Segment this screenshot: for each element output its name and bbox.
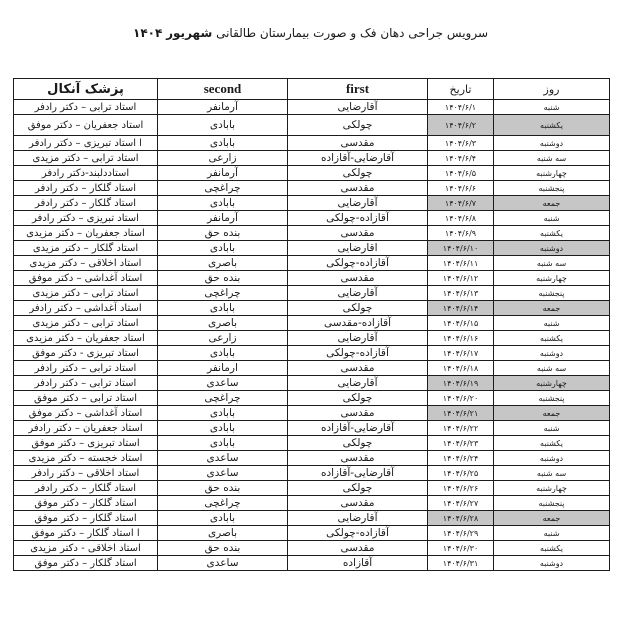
cell-first: مقدسی: [288, 496, 428, 511]
table-row: چهارشنبه۱۴۰۴/۶/۲۶چولکیبنده حقاستاد گلکار…: [14, 481, 610, 496]
table-row: یکشنبه۱۴۰۴/۶/۲۳چولکیبابادیاستاد تبریزی –…: [14, 436, 610, 451]
cell-day: سه شنبه: [494, 256, 610, 271]
cell-day: جمعه: [494, 406, 610, 421]
cell-first: آقارضایی: [288, 100, 428, 115]
table-row: دوشنبه۱۴۰۴/۶/۳۱آقازادهساعدیاستاد گلکار –…: [14, 556, 610, 571]
cell-day: دوشنبه: [494, 241, 610, 256]
table-row: شنبه۱۴۰۴/۶/۲۹آقازاده-چولکیباصریا استاد گ…: [14, 526, 610, 541]
column-header-second: second: [158, 79, 288, 100]
cell-first: آقارضایی-آقازاده: [288, 466, 428, 481]
cell-second: چراغچی: [158, 496, 288, 511]
cell-date: ۱۴۰۴/۶/۲۰: [428, 391, 494, 406]
cell-oncall: استاد اخلاقی – دکتر رادفر: [14, 466, 158, 481]
cell-date: ۱۴۰۴/۶/۲۵: [428, 466, 494, 481]
cell-oncall: استاد گلکار – دکتر موفق: [14, 556, 158, 571]
table-row: یکشنبه۱۴۰۴/۶/۲چولکیبابادیاستاد جعفریان –…: [14, 115, 610, 136]
cell-first: چولکی: [288, 301, 428, 316]
table-row: شنبه۱۴۰۴/۶/۱آقارضاییآرمانفراستاد ترابی –…: [14, 100, 610, 115]
cell-day: چهارشنبه: [494, 271, 610, 286]
title-month: شهریور: [166, 26, 212, 40]
table-row: جمعه۱۴۰۴/۶/۱۴چولکیبابادیاستاد آغداشی – د…: [14, 301, 610, 316]
table-row: شنبه۱۴۰۴/۶/۱۵آقازاده-مقدسیباصریاستاد ترا…: [14, 316, 610, 331]
cell-date: ۱۴۰۴/۶/۳۱: [428, 556, 494, 571]
table-row: چهارشنبه۱۴۰۴/۶/۱۹آقارضاییساعدیاستاد تراب…: [14, 376, 610, 391]
cell-second: آرمانفر: [158, 211, 288, 226]
cell-oncall: استاد ترابی – دکتر رادفر: [14, 376, 158, 391]
cell-first: آقارضایی: [288, 196, 428, 211]
cell-day: سه شنبه: [494, 361, 610, 376]
cell-first: اقارضایی: [288, 241, 428, 256]
table-row: جمعه۱۴۰۴/۶/۲۱مقدسیبابادیاستاد آغداشی – د…: [14, 406, 610, 421]
column-header-date: تاریخ: [428, 79, 494, 100]
cell-date: ۱۴۰۴/۶/۶: [428, 181, 494, 196]
cell-first: آقارضایی: [288, 511, 428, 526]
cell-day: یکشنبه: [494, 226, 610, 241]
cell-day: چهارشنبه: [494, 376, 610, 391]
cell-day: چهارشنبه: [494, 481, 610, 496]
cell-day: یکشنبه: [494, 331, 610, 346]
cell-first: آقارضایی-آقازاده: [288, 151, 428, 166]
oncall-schedule-table: روز تاریخ first second پزشک آنکال شنبه۱۴…: [13, 78, 610, 571]
column-header-day: روز: [494, 79, 610, 100]
cell-date: ۱۴۰۴/۶/۲: [428, 115, 494, 136]
cell-oncall: استاددلبند-دکتر رادفر: [14, 166, 158, 181]
cell-oncall: استاد گلکار – دکتر رادفر: [14, 481, 158, 496]
cell-second: چراغچی: [158, 391, 288, 406]
table-row: سه شنبه۱۴۰۴/۶/۱۱آقازاده-چولکیباصریاستاد …: [14, 256, 610, 271]
cell-second: بابادی: [158, 115, 288, 136]
cell-first: چولکی: [288, 115, 428, 136]
cell-date: ۱۴۰۴/۶/۱۹: [428, 376, 494, 391]
cell-date: ۱۴۰۴/۶/۷: [428, 196, 494, 211]
cell-day: شنبه: [494, 316, 610, 331]
cell-date: ۱۴۰۴/۶/۲۸: [428, 511, 494, 526]
cell-second: ساعدی: [158, 466, 288, 481]
cell-second: بابادی: [158, 511, 288, 526]
cell-second: بابادی: [158, 136, 288, 151]
cell-second: زارعی: [158, 151, 288, 166]
cell-first: مقدسی: [288, 136, 428, 151]
cell-oncall: استاد ترابی – دکتر موفق: [14, 391, 158, 406]
cell-day: یکشنبه: [494, 115, 610, 136]
cell-first: آقازاده-چولکی: [288, 256, 428, 271]
table-row: جمعه۱۴۰۴/۶/۷آقارضاییبابادیاستاد گلکار – …: [14, 196, 610, 211]
cell-second: چراغچی: [158, 181, 288, 196]
cell-date: ۱۴۰۴/۶/۴: [428, 151, 494, 166]
cell-second: باصری: [158, 526, 288, 541]
cell-second: بابادی: [158, 421, 288, 436]
cell-first: آقازاده-چولکی: [288, 211, 428, 226]
column-header-oncall: پزشک آنکال: [14, 79, 158, 100]
table-row: یکشنبه۱۴۰۴/۶/۱۶آقارضاییزارعیاستاد جعفریا…: [14, 331, 610, 346]
table-row: پنجشنبه۱۴۰۴/۶/۲۰چولکیچراغچیاستاد ترابی –…: [14, 391, 610, 406]
cell-second: بابادی: [158, 406, 288, 421]
table-row: چهارشنبه۱۴۰۴/۶/۵چولکیآرمانفراستاددلبند-د…: [14, 166, 610, 181]
cell-first: چولکی: [288, 436, 428, 451]
cell-day: سه شنبه: [494, 151, 610, 166]
document-page: سرویس جراحی دهان فک و صورت بیمارستان طال…: [0, 0, 621, 626]
cell-date: ۱۴۰۴/۶/۹: [428, 226, 494, 241]
cell-second: بنده حق: [158, 481, 288, 496]
cell-date: ۱۴۰۴/۶/۱۱: [428, 256, 494, 271]
cell-date: ۱۴۰۴/۶/۱: [428, 100, 494, 115]
cell-date: ۱۴۰۴/۶/۵: [428, 166, 494, 181]
cell-date: ۱۴۰۴/۶/۸: [428, 211, 494, 226]
cell-date: ۱۴۰۴/۶/۱۳: [428, 286, 494, 301]
cell-second: چراغچی: [158, 286, 288, 301]
cell-oncall: استاد آغداشی – دکتر موفق: [14, 406, 158, 421]
cell-day: جمعه: [494, 196, 610, 211]
cell-first: مقدسی: [288, 361, 428, 376]
column-header-first: first: [288, 79, 428, 100]
cell-second: زارعی: [158, 331, 288, 346]
table-row: شنبه۱۴۰۴/۶/۸آقازاده-چولکیآرمانفراستاد تب…: [14, 211, 610, 226]
cell-second: بابادی: [158, 346, 288, 361]
cell-day: دوشنبه: [494, 346, 610, 361]
cell-oncall: استاد جعفریان – دکتر مزیدی: [14, 226, 158, 241]
cell-date: ۱۴۰۴/۶/۱۰: [428, 241, 494, 256]
table-row: سه شنبه۱۴۰۴/۶/۱۸مقدسیارمانفراستاد ترابی …: [14, 361, 610, 376]
cell-first: آقازاده-چولکی: [288, 346, 428, 361]
cell-second: بابادی: [158, 196, 288, 211]
cell-day: جمعه: [494, 301, 610, 316]
table-row: شنبه۱۴۰۴/۶/۲۲آقارضایی-آقازادهبابادیاستاد…: [14, 421, 610, 436]
schedule-table-body: شنبه۱۴۰۴/۶/۱آقارضاییآرمانفراستاد ترابی –…: [14, 100, 610, 571]
table-row: پنجشنبه۱۴۰۴/۶/۶مقدسیچراغچیاستاد گلکار – …: [14, 181, 610, 196]
cell-day: پنجشنبه: [494, 391, 610, 406]
table-row: دوشنبه۱۴۰۴/۶/۳مقدسیبابادیا استاد تبریزی …: [14, 136, 610, 151]
cell-oncall: استاد خجسته – دکتر مزیدی: [14, 451, 158, 466]
table-row: پنجشنبه۱۴۰۴/۶/۱۳آقارضاییچراغچیاستاد تراب…: [14, 286, 610, 301]
cell-first: آقارضایی: [288, 286, 428, 301]
cell-second: بنده حق: [158, 541, 288, 556]
cell-date: ۱۴۰۴/۶/۲۳: [428, 436, 494, 451]
cell-oncall: استاد گلکار – دکتر رادفر: [14, 181, 158, 196]
cell-oncall: استاد ترابی – دکتر مزیدی: [14, 151, 158, 166]
cell-oncall: استاد گلکار – دکتر مزیدی: [14, 241, 158, 256]
cell-oncall: استاد ترابی – دکتر مزیدی: [14, 286, 158, 301]
cell-day: سه شنبه: [494, 466, 610, 481]
cell-second: ساعدی: [158, 556, 288, 571]
cell-second: آرمانفر: [158, 166, 288, 181]
cell-first: آقازاده: [288, 556, 428, 571]
cell-first: مقدسی: [288, 181, 428, 196]
cell-oncall: استاد اخلاقی - دکتر مزیدی: [14, 541, 158, 556]
document-title: سرویس جراحی دهان فک و صورت بیمارستان طال…: [0, 26, 621, 40]
cell-first: چولکی: [288, 166, 428, 181]
title-text: سرویس جراحی دهان فک و صورت بیمارستان طال…: [216, 26, 488, 40]
title-year: ۱۴۰۴: [133, 26, 162, 40]
cell-second: ساعدی: [158, 451, 288, 466]
cell-date: ۱۴۰۴/۶/۲۷: [428, 496, 494, 511]
cell-day: یکشنبه: [494, 541, 610, 556]
table-row: دوشنبه۱۴۰۴/۶/۱۰اقارضاییبابادیاستاد گلکار…: [14, 241, 610, 256]
cell-date: ۱۴۰۴/۶/۱۶: [428, 331, 494, 346]
cell-first: مقدسی: [288, 271, 428, 286]
cell-day: شنبه: [494, 526, 610, 541]
cell-oncall: استاد گلکار – دکتر رادفر: [14, 196, 158, 211]
cell-second: آرمانفر: [158, 100, 288, 115]
cell-oncall: استاد آغداشی – دکتر رادفر: [14, 301, 158, 316]
cell-first: آقارضایی-آقازاده: [288, 421, 428, 436]
cell-day: دوشنبه: [494, 136, 610, 151]
cell-date: ۱۴۰۴/۶/۲۱: [428, 406, 494, 421]
cell-date: ۱۴۰۴/۶/۱۸: [428, 361, 494, 376]
cell-oncall: استاد اخلاقی – دکتر مزیدی: [14, 256, 158, 271]
cell-oncall: استاد ترابی – دکتر رادفر: [14, 100, 158, 115]
table-header-row: روز تاریخ first second پزشک آنکال: [14, 79, 610, 100]
cell-day: شنبه: [494, 100, 610, 115]
table-row: چهارشنبه۱۴۰۴/۶/۱۲مقدسیبنده حقاستاد آغداش…: [14, 271, 610, 286]
cell-oncall: ا استاد گلکار – دکتر موفق: [14, 526, 158, 541]
cell-second: بنده حق: [158, 226, 288, 241]
cell-first: چولکی: [288, 481, 428, 496]
cell-first: آقارضایی: [288, 331, 428, 346]
table-row: پنجشنبه۱۴۰۴/۶/۲۷مقدسیچراغچیاستاد گلکار –…: [14, 496, 610, 511]
cell-date: ۱۴۰۴/۶/۱۷: [428, 346, 494, 361]
cell-oncall: استاد گلکار – دکتر موفق: [14, 496, 158, 511]
cell-oncall: استاد جعفریان – دکتر مزیدی: [14, 331, 158, 346]
cell-first: چولکی: [288, 391, 428, 406]
cell-second: باصری: [158, 316, 288, 331]
cell-first: مقدسی: [288, 226, 428, 241]
table-row: سه شنبه۱۴۰۴/۶/۲۵آقارضایی-آقازادهساعدیاست…: [14, 466, 610, 481]
cell-day: پنجشنبه: [494, 181, 610, 196]
cell-second: بابادی: [158, 301, 288, 316]
cell-date: ۱۴۰۴/۶/۱۴: [428, 301, 494, 316]
cell-first: مقدسی: [288, 406, 428, 421]
cell-first: آقازاده-چولکی: [288, 526, 428, 541]
table-row: دوشنبه۱۴۰۴/۶/۲۴مقدسیساعدیاستاد خجسته – د…: [14, 451, 610, 466]
cell-oncall: استاد تبریزی – دکتر رادفر: [14, 211, 158, 226]
cell-oncall: ا استاد تبریزی – دکتر رادفر: [14, 136, 158, 151]
cell-day: دوشنبه: [494, 556, 610, 571]
cell-day: یکشنبه: [494, 436, 610, 451]
cell-second: ساعدی: [158, 376, 288, 391]
cell-second: ارمانفر: [158, 361, 288, 376]
cell-date: ۱۴۰۴/۶/۱۵: [428, 316, 494, 331]
cell-oncall: استاد تبریزی – دکتر موفق: [14, 436, 158, 451]
cell-second: باصری: [158, 256, 288, 271]
cell-first: آقازاده-مقدسی: [288, 316, 428, 331]
cell-second: بابادی: [158, 241, 288, 256]
cell-day: چهارشنبه: [494, 166, 610, 181]
cell-day: پنجشنبه: [494, 286, 610, 301]
table-row: سه شنبه۱۴۰۴/۶/۴آقارضایی-آقازادهزارعیاستا…: [14, 151, 610, 166]
cell-date: ۱۴۰۴/۶/۱۲: [428, 271, 494, 286]
cell-first: آقارضایی: [288, 376, 428, 391]
cell-oncall: استاد ترابی – دکتر رادفر: [14, 361, 158, 376]
cell-oncall: استاد ترابی – دکتر مزیدی: [14, 316, 158, 331]
cell-date: ۱۴۰۴/۶/۳۰: [428, 541, 494, 556]
cell-date: ۱۴۰۴/۶/۳: [428, 136, 494, 151]
table-row: یکشنبه۱۴۰۴/۶/۹مقدسیبنده حقاستاد جعفریان …: [14, 226, 610, 241]
cell-date: ۱۴۰۴/۶/۲۲: [428, 421, 494, 436]
cell-day: شنبه: [494, 421, 610, 436]
cell-day: شنبه: [494, 211, 610, 226]
cell-second: بنده حق: [158, 271, 288, 286]
cell-second: بابادی: [158, 436, 288, 451]
cell-date: ۱۴۰۴/۶/۲۹: [428, 526, 494, 541]
cell-date: ۱۴۰۴/۶/۲۴: [428, 451, 494, 466]
cell-oncall: استاد گلکار – دکتر موفق: [14, 511, 158, 526]
table-row: یکشنبه۱۴۰۴/۶/۳۰مقدسیبنده حقاستاد اخلاقی …: [14, 541, 610, 556]
cell-day: پنجشنبه: [494, 496, 610, 511]
cell-oncall: استاد آغداشی – دکتر موفق: [14, 271, 158, 286]
cell-oncall: استاد جعفریان – دکتر رادفر: [14, 421, 158, 436]
table-row: جمعه۱۴۰۴/۶/۲۸آقارضاییبابادیاستاد گلکار –…: [14, 511, 610, 526]
cell-oncall: استاد جعفریان – دکتر موفق: [14, 115, 158, 136]
cell-day: دوشنبه: [494, 451, 610, 466]
cell-oncall: استاد تبریزی - دکتر موفق: [14, 346, 158, 361]
cell-first: مقدسی: [288, 451, 428, 466]
cell-date: ۱۴۰۴/۶/۲۶: [428, 481, 494, 496]
cell-day: جمعه: [494, 511, 610, 526]
cell-first: مقدسی: [288, 541, 428, 556]
table-row: دوشنبه۱۴۰۴/۶/۱۷آقازاده-چولکیبابادیاستاد …: [14, 346, 610, 361]
